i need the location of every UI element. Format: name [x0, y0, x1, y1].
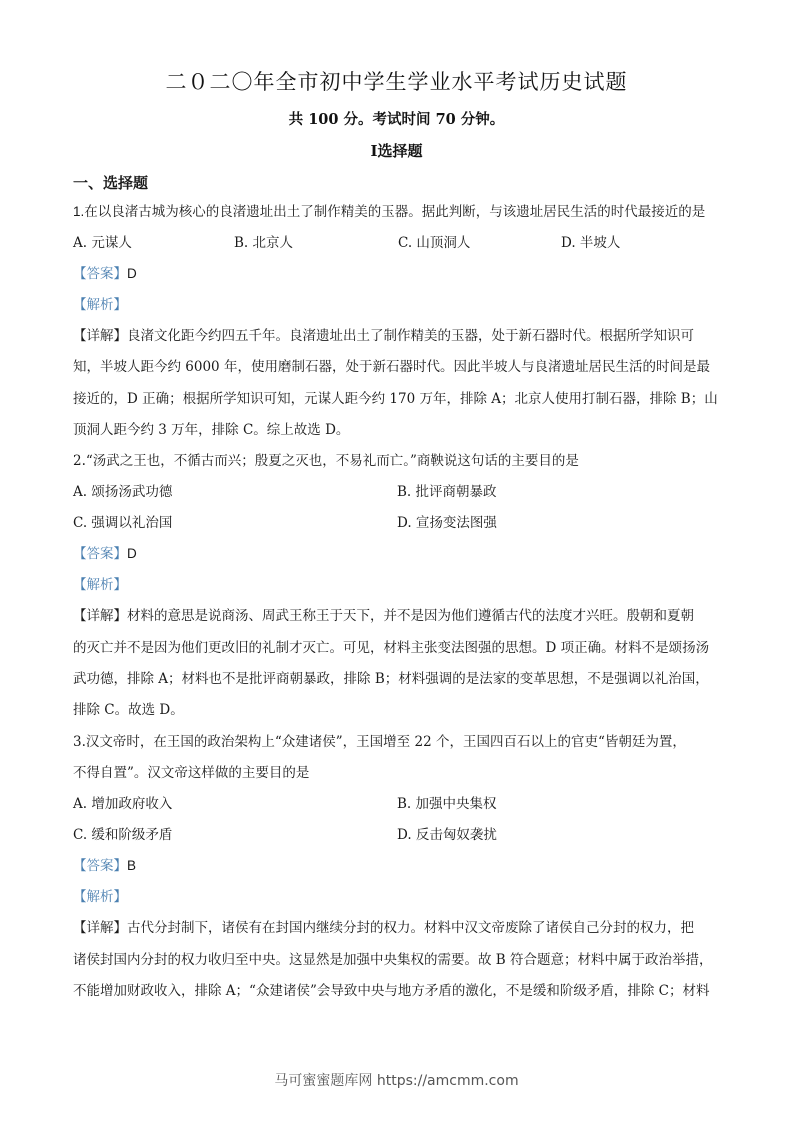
question-1-option-c: C. 山顶洞人: [398, 234, 470, 252]
question-1-option-b: B. 北京人: [234, 234, 293, 252]
question-3-stem: 不得自置”。汉文帝这样做的主要目的是: [73, 764, 309, 782]
question-2-detail-line: 的灭亡并不是因为他们更改旧的礼制才灭亡。可见，材料主张变法图强的思想。D 项正确…: [73, 639, 709, 657]
answer-value: D: [127, 546, 137, 561]
answer-label: 【答案】: [73, 266, 127, 282]
question-1-stem: 1.在以良渚古城为核心的良渚遗址出土了制作精美的玉器。据此判断，与该遗址居民生活…: [73, 203, 705, 221]
answer-label: 【答案】: [73, 546, 127, 562]
section-heading: 一、选择题: [73, 172, 148, 193]
question-3-option-d: D. 反击匈奴袭扰: [397, 826, 497, 844]
question-1-option-d: D. 半坡人: [561, 234, 620, 252]
question-1-analysis-label: 【解析】: [73, 296, 127, 314]
question-2-detail-line: 排除 C。故选 D。: [73, 701, 184, 719]
question-1-answer: 【答案】D: [73, 265, 137, 283]
question-2-analysis-label: 【解析】: [73, 576, 127, 594]
detail-label: 【详解】: [73, 328, 127, 344]
question-2-detail-line: 【详解】材料的意思是说商汤、周武王称王于天下，并不是因为他们遵循古代的法度才兴旺…: [73, 607, 694, 625]
question-1-option-a: A. 元谋人: [73, 234, 132, 252]
question-2-option-a: A. 颂扬汤武功德: [73, 483, 172, 501]
question-2-option-d: D. 宣扬变法图强: [397, 514, 497, 532]
question-1-detail-line: 知，半坡人距今约 6000 年，使用磨制石器，处于新石器时代。因此半坡人与良渚遗…: [73, 358, 710, 376]
question-3-detail-line: 不能增加财政收入，排除 A；“众建诸侯”会导致中央与地方矛盾的激化，不是缓和阶级…: [73, 982, 709, 1000]
answer-label: 【答案】: [73, 858, 127, 874]
question-2-stem: 2.“汤武之王也，不循古而兴；殷夏之灭也，不易礼而亡。”商鞅说这句话的主要目的是: [73, 452, 579, 470]
question-3-option-c: C. 缓和阶级矛盾: [73, 826, 172, 844]
part-heading: Ⅰ选择题: [0, 140, 793, 161]
question-2-detail-line: 武功德，排除 A；材料也不是批评商朝暴政，排除 B；材料强调的是法家的变革思想，…: [73, 670, 709, 688]
question-3-detail-line: 诸侯封国内分封的权力收归至中央。这显然是加强中央集权的需要。故 B 符合题意；材…: [73, 951, 713, 969]
question-3-stem: 3.汉文帝时，在王国的政治架构上“众建诸侯”，王国增至 22 个，王国四百石以上…: [73, 733, 686, 751]
question-1-detail-line: 【详解】良渚文化距今约四五千年。良渚遗址出土了制作精美的玉器，处于新石器时代。根…: [73, 327, 694, 345]
exam-info: 共 100 分。考试时间 70 分钟。: [0, 108, 793, 129]
question-3-detail-line: 【详解】古代分封制下，诸侯有在封国内继续分封的权力。材料中汉文帝废除了诸侯自己分…: [73, 919, 694, 937]
question-3-option-b: B. 加强中央集权: [397, 795, 497, 813]
footer-watermark: 马可蜜蜜题库网 https://amcmm.com: [0, 1070, 793, 1090]
question-2-option-c: C. 强调以礼治国: [73, 514, 172, 532]
answer-value: B: [127, 858, 136, 873]
answer-value: D: [127, 266, 137, 281]
question-1-detail-line: 接近的，D 正确；根据所学知识可知，元谋人距今约 170 万年，排除 A；北京人…: [73, 390, 718, 408]
question-1-detail-line: 顶洞人距今约 3 万年，排除 C。综上故选 D。: [73, 421, 349, 439]
page-title: 二０二〇年全市初中学生学业水平考试历史试题: [0, 66, 793, 96]
question-3-analysis-label: 【解析】: [73, 888, 127, 906]
detail-label: 【详解】: [73, 608, 127, 624]
question-3-option-a: A. 增加政府收入: [73, 795, 172, 813]
detail-label: 【详解】: [73, 920, 127, 936]
question-2-option-b: B. 批评商朝暴政: [397, 483, 497, 501]
question-3-answer: 【答案】B: [73, 857, 136, 875]
exam-page: 二０二〇年全市初中学生学业水平考试历史试题 共 100 分。考试时间 70 分钟…: [0, 0, 793, 1122]
question-2-answer: 【答案】D: [73, 545, 137, 563]
